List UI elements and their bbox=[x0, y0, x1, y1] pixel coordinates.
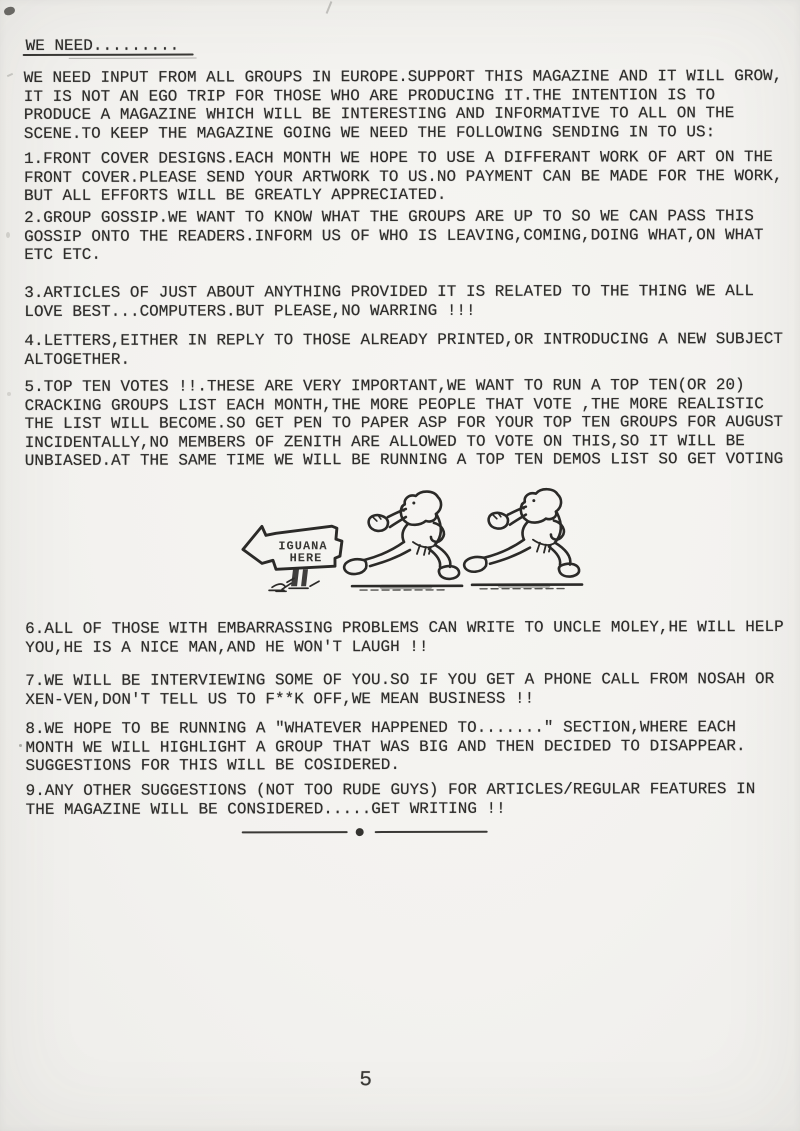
list-item-7: 7.WE WILL BE INTERVIEWING SOME OF YOU.SO… bbox=[25, 670, 774, 709]
heading-underline-echo bbox=[69, 57, 197, 59]
list-item-4: 4.LETTERS,EITHER IN REPLY TO THOSE ALREA… bbox=[24, 330, 783, 369]
list-item-5: 5.TOP TEN VOTES !!.THESE ARE VERY IMPORT… bbox=[25, 376, 784, 470]
sign-text-line2: HERE bbox=[290, 551, 323, 565]
iguana-sign: IGUANA HERE bbox=[243, 526, 342, 591]
scanned-magazine-page: WE NEED......... WE NEED INPUT FROM ALL … bbox=[0, 0, 800, 1131]
intro-paragraph: WE NEED INPUT FROM ALL GROUPS IN EUROPE.… bbox=[24, 67, 783, 143]
list-item-1: 1.FRONT COVER DESIGNS.EACH MONTH WE HOPE… bbox=[24, 148, 783, 205]
heading-underline bbox=[23, 54, 194, 57]
divider bbox=[0, 0, 799, 1]
runners-illustration: IGUANA HERE bbox=[230, 481, 610, 607]
divider-left-line bbox=[242, 831, 348, 834]
list-item-3: 3.ARTICLES OF JUST ABOUT ANYTHING PROVID… bbox=[24, 282, 754, 321]
list-item-9: 9.ANY OTHER SUGGESTIONS (NOT TOO RUDE GU… bbox=[26, 780, 756, 819]
runner-figure-2 bbox=[464, 489, 579, 577]
list-item-2: 2.GROUP GOSSIP.WE WANT TO KNOW WHAT THE … bbox=[24, 207, 763, 264]
speed-lines bbox=[352, 585, 582, 591]
runner-figure-1 bbox=[344, 491, 459, 579]
list-item-8: 8.WE HOPE TO BE RUNNING A "WHATEVER HAPP… bbox=[25, 718, 745, 775]
divider-dot bbox=[356, 828, 364, 836]
page-number: 5 bbox=[359, 1072, 373, 1091]
list-item-6: 6.ALL OF THOSE WITH EMBARRASSING PROBLEM… bbox=[25, 618, 784, 657]
divider-right-line bbox=[375, 831, 488, 834]
